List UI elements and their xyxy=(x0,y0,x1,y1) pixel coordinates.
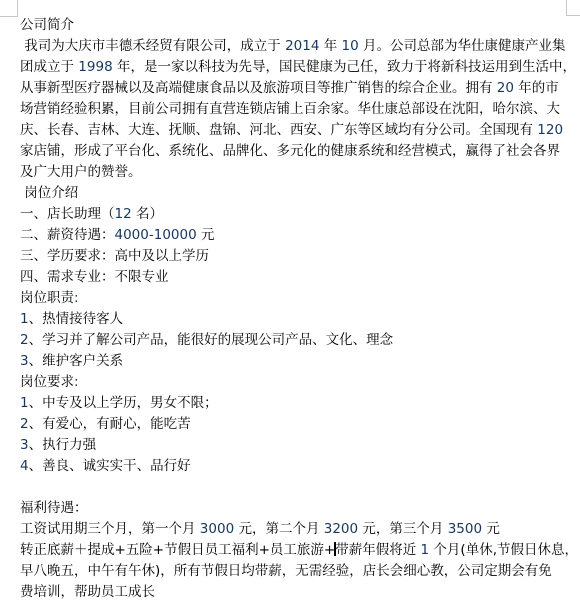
text-line: 我司为大庆市丰德禾经贸有限公司，成立于 2014 年 10 月。公司总部为华仕康… xyxy=(20,36,572,57)
number-text-run: : xyxy=(74,374,79,390)
text-run: 我司为大庆市丰德禾经贸有限公司，成立于 xyxy=(20,38,285,54)
number-text-run: 1 xyxy=(421,542,430,558)
text-line: 岗位要求: xyxy=(20,372,572,393)
number-text-run: 1 xyxy=(20,311,29,327)
text-run: 年 xyxy=(319,38,341,54)
text-line: 及广大用户的赞誉。 xyxy=(20,162,572,183)
text-run: 个月(单休,节假日休息， xyxy=(429,542,578,558)
text-line: 2、有爱心，有耐心，能吃苦 xyxy=(20,414,572,435)
text-run: 、有爱心，有耐心，能吃苦 xyxy=(29,416,191,432)
text-run: 工资试用期三个月，第一个月 xyxy=(20,521,200,537)
number-text-run: 1 xyxy=(20,395,29,411)
text-line: 场营销经验积累，目前公司拥有直营连锁店铺上百余家。华仕康总部设在沈阳，哈尔滨、大 xyxy=(20,99,572,120)
text-run: 元，第三个月 xyxy=(358,521,448,537)
number-text-run: 3 xyxy=(20,437,29,453)
number-text-run: 10 xyxy=(342,38,359,54)
text-run: 、维护客户关系 xyxy=(29,353,124,369)
text-line: 福利待遇： xyxy=(20,498,572,519)
text-run: 、善良、诚实实干、品行好 xyxy=(29,458,191,474)
text-run: 庆、长春、吉林、大连、抚顺、盘锦、河北、西安、广东等区域均有分公司。全国现有 xyxy=(20,122,537,138)
text-line: 四、需求专业：不限专业 xyxy=(20,267,572,288)
text-run: 早八晚五，中午有午休)，所有节假日均带薪，无需经验，店长会细心教，公司定期会有免 xyxy=(20,563,552,579)
text-line: 庆、长春、吉林、大连、抚顺、盘锦、河北、西安、广东等区域均有分公司。全国现有 1… xyxy=(20,120,572,141)
number-text-run: 12 xyxy=(115,206,132,222)
text-line: 一、店长助理（12 名） xyxy=(20,204,572,225)
number-text-run: : xyxy=(74,290,79,306)
number-text-run: 3500 xyxy=(448,521,482,537)
number-text-run: 20 xyxy=(497,80,514,96)
text-run: 、热情接待客人 xyxy=(29,311,124,327)
text-line: 1、中专及以上学历，男女不限； xyxy=(20,393,572,414)
text-line: 公司简介 xyxy=(20,15,572,36)
text-run: 带薪年假将近 xyxy=(335,542,420,558)
text-line: 二、薪资待遇：4000-10000 元 xyxy=(20,225,572,246)
text-run: 三、学历要求：高中及以上学历 xyxy=(20,248,209,264)
margin-mark-top-right-vertical xyxy=(566,0,567,16)
text-run: 名） xyxy=(132,206,163,222)
number-text-run: 120 xyxy=(537,122,563,138)
text-run: 费培训，帮助员工成长 xyxy=(20,584,155,600)
text-line: 团成立于 1998 年，是一家以科技为先导，国民健康为己任，致力于将新科技运用到… xyxy=(20,57,572,78)
text-run: 岗位职责 xyxy=(20,290,74,306)
text-line: 2、学习并了解公司产品，能很好的展现公司产品、文化、理念 xyxy=(20,330,572,351)
text-run: 、学习并了解公司产品，能很好的展现公司产品、文化、理念 xyxy=(29,332,394,348)
text-run: 从事新型医疗器械以及高端健康食品以及旅游项目等推广销售的综合企业。拥有 xyxy=(20,80,497,96)
number-text-run: 2 xyxy=(20,416,29,432)
text-line: 3、维护客户关系 xyxy=(20,351,572,372)
text-run: 岗位介绍 xyxy=(20,185,78,201)
text-run: 元 xyxy=(197,227,215,243)
text-run: 四、需求专业：不限专业 xyxy=(20,269,169,285)
text-run: 转正底薪＋提成+五险+节假日员工福利+员工旅游+ xyxy=(20,542,335,558)
text-line: 早八晚五，中午有午休)，所有节假日均带薪，无需经验，店长会细心教，公司定期会有免 xyxy=(20,561,572,582)
margin-mark-top-left-vertical xyxy=(17,0,18,17)
number-text-run: 3200 xyxy=(324,521,358,537)
text-run: 元 xyxy=(482,521,500,537)
text-run: 元，第二个月 xyxy=(234,521,324,537)
text-run: 、执行力强 xyxy=(29,437,97,453)
text-run: 家店铺，形成了平台化、系统化、品牌化、多元化的健康系统和经营模式，赢得了社会各界 xyxy=(20,143,560,159)
text-run: 年的市 xyxy=(514,80,559,96)
number-text-run: 2 xyxy=(20,332,29,348)
text-run: 年，是一家以科技为先导，国民健康为己任，致力于将新科技运用到生活中， xyxy=(113,59,576,75)
number-text-run: 4 xyxy=(20,458,29,474)
text-run: 团成立于 xyxy=(20,59,78,75)
document-page: { "colors": { "text": "#000000", "number… xyxy=(0,0,580,602)
number-text-run: 3000 xyxy=(200,521,234,537)
text-run: 二、薪资待遇： xyxy=(20,227,115,243)
text-line: 工资试用期三个月，第一个月 3000 元，第二个月 3200 元，第三个月 35… xyxy=(20,519,572,540)
text-run: 、中专及以上学历，男女不限； xyxy=(29,395,218,411)
text-line: 三、学历要求：高中及以上学历 xyxy=(20,246,572,267)
text-line: 费培训，帮助员工成长 xyxy=(20,582,572,602)
number-text-run: 1998 xyxy=(78,59,112,75)
number-text-run: 2014 xyxy=(285,38,319,54)
text-run: 及广大用户的赞誉。 xyxy=(20,164,142,180)
document-text-area[interactable]: 公司简介 我司为大庆市丰德禾经贸有限公司，成立于 2014 年 10 月。公司总… xyxy=(20,15,572,602)
text-run: 场营销经验积累，目前公司拥有直营连锁店铺上百余家。华仕康总部设在沈阳，哈尔滨、大 xyxy=(20,101,560,117)
text-run: 月。公司总部为华仕康健康产业集 xyxy=(359,38,566,54)
text-line: 4、善良、诚实实干、品行好 xyxy=(20,456,572,477)
text-run: 一、店长助理（ xyxy=(20,206,115,222)
number-text-run: 3 xyxy=(20,353,29,369)
text-run: 福利待遇： xyxy=(20,500,88,516)
text-run: 岗位要求 xyxy=(20,374,74,390)
margin-mark-top-left-horizontal xyxy=(0,16,17,17)
text-line: 家店铺，形成了平台化、系统化、品牌化、多元化的健康系统和经营模式，赢得了社会各界 xyxy=(20,141,572,162)
blank-line xyxy=(20,477,572,498)
text-line: 从事新型医疗器械以及高端健康食品以及旅游项目等推广销售的综合企业。拥有 20 年… xyxy=(20,78,572,99)
text-line: 转正底薪＋提成+五险+节假日员工福利+员工旅游+带薪年假将近 1 个月(单休,节… xyxy=(20,540,572,561)
number-text-run: 4000-10000 xyxy=(115,227,197,243)
text-line: 岗位职责: xyxy=(20,288,572,309)
text-line: 1、热情接待客人 xyxy=(20,309,572,330)
text-line: 3、执行力强 xyxy=(20,435,572,456)
text-line: 岗位介绍 xyxy=(20,183,572,204)
text-run: 公司简介 xyxy=(20,17,74,33)
